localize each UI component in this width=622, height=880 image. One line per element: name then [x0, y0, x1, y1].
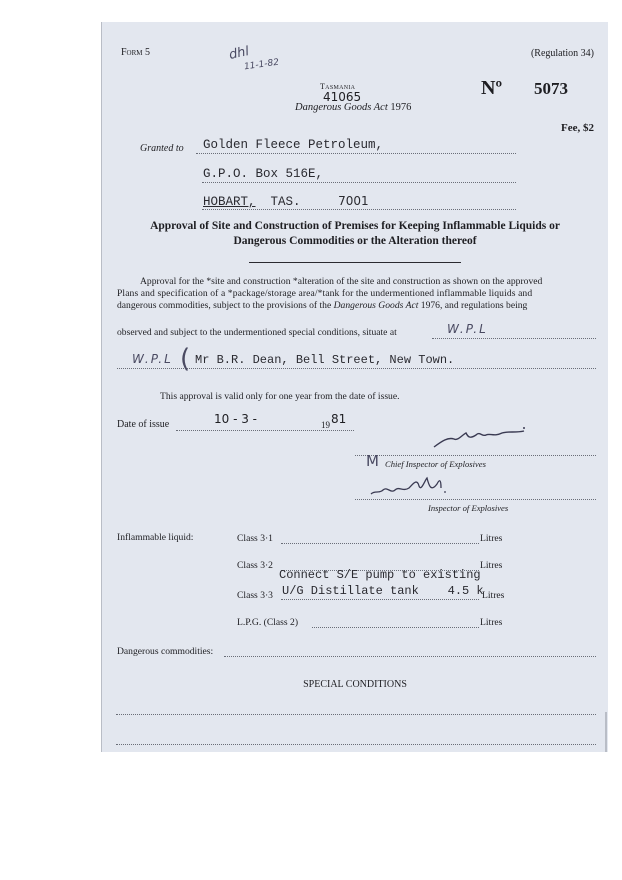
- class-3-2-unit: Litres: [480, 560, 502, 571]
- inspector-signature: [367, 474, 463, 500]
- para-text: dangerous commodities, subject to the pr…: [117, 300, 334, 311]
- class-3-2-label: Class 3·2: [237, 560, 273, 571]
- handwritten-initials: dhl: [228, 44, 251, 63]
- inflammable-liquid-label: Inflammable liquid:: [117, 532, 193, 543]
- grantee-name: Golden Fleece Petroleum,: [203, 138, 383, 152]
- special-condition-line-1: [116, 714, 596, 715]
- special-condition-line-2: [116, 744, 596, 745]
- grantee-state: TAS.: [271, 195, 301, 209]
- grantee-line-1: [196, 153, 516, 154]
- approval-para-line-3: dangerous commodities, subject to the pr…: [117, 300, 527, 311]
- chief-inspector-signature: [432, 425, 528, 451]
- situate-handwritten: W.P.L: [447, 322, 488, 336]
- lpg-unit: Litres: [480, 617, 502, 628]
- class-3-1-line: [281, 543, 479, 544]
- inspector-line: [355, 499, 596, 500]
- lpg-line: [312, 627, 479, 628]
- fee-label: Fee, $2: [561, 122, 594, 134]
- date-of-issue-line: [176, 430, 354, 431]
- validity-note: This approval is valid only for one year…: [160, 391, 400, 402]
- grantee-postcode: 7001: [338, 194, 369, 208]
- grantee-city: HOBART,: [203, 195, 256, 209]
- approval-para-line-2: Plans and specification of a *package/st…: [117, 288, 532, 299]
- date-of-issue-label: Date of issue: [117, 419, 169, 430]
- grantee-address: G.P.O. Box 516E,: [203, 167, 323, 181]
- inspector-title: Inspector of Explosives: [428, 503, 508, 513]
- approval-title-line-2: Dangerous Commodities or the Alteration …: [102, 235, 608, 247]
- date-of-issue-value: 10 - 3 -: [214, 412, 257, 426]
- para-text-end: 1976, and regulations being: [418, 300, 527, 311]
- number-label: Nº: [481, 77, 502, 100]
- approval-title-line-1: Approval of Site and Construction of Pre…: [102, 220, 608, 232]
- approval-para-line-1: Approval for the *site and construction …: [140, 276, 542, 287]
- form-document: Form 5 (Regulation 34) dhl 11-1-82 Tasma…: [101, 22, 608, 752]
- class-3-3-value: U/G Distillate tank 4.5 k: [282, 584, 484, 598]
- para-act-name: Dangerous Goods Act: [334, 300, 419, 311]
- lpg-class-2-label: L.P.G. (Class 2): [237, 617, 298, 628]
- location-typed: Mr B.R. Dean, Bell Street, New Town.: [195, 353, 454, 367]
- class-3-3-unit: Litres: [482, 590, 504, 601]
- paren-open: (: [180, 344, 190, 374]
- dangerous-commodities-line: [224, 656, 596, 657]
- act-title: Dangerous Goods Act 1976: [295, 102, 411, 113]
- act-year: 1976: [390, 102, 411, 113]
- grantee-line-3: [202, 209, 516, 210]
- class-3-1-unit: Litres: [480, 533, 502, 544]
- chief-inspector-initial: M: [366, 452, 379, 470]
- chief-inspector-line: [355, 455, 596, 456]
- grantee-city-line: HOBART, TAS. 7001: [203, 194, 369, 209]
- situate-text: observed and subject to the undermention…: [117, 327, 397, 338]
- situate-line: [432, 338, 596, 339]
- form-number: 5073: [534, 79, 568, 99]
- form-label: Form 5: [121, 47, 150, 58]
- handwritten-date: 11-1-82: [243, 58, 279, 73]
- special-conditions-heading: SPECIAL CONDITIONS: [102, 679, 608, 690]
- location-handwritten: W.P.L: [132, 352, 173, 366]
- chief-inspector-title: Chief Inspector of Explosives: [385, 459, 486, 469]
- dangerous-commodities-label: Dangerous commodities:: [117, 646, 213, 657]
- century-label: 19: [321, 420, 330, 430]
- granted-to-label: Granted to: [140, 143, 184, 154]
- act-name: Dangerous Goods Act: [295, 102, 388, 113]
- title-rule: [249, 262, 461, 263]
- class-3-1-label: Class 3·1: [237, 533, 273, 544]
- paper-edge-shadow: [605, 712, 607, 752]
- grantee-line-2: [202, 182, 516, 183]
- typed-note: Connect S/E pump to existing: [279, 568, 481, 582]
- regulation-label: (Regulation 34): [531, 48, 594, 59]
- class-3-3-label: Class 3·3: [237, 590, 273, 601]
- class-3-3-line: [281, 599, 479, 600]
- issue-year: 81: [331, 412, 346, 426]
